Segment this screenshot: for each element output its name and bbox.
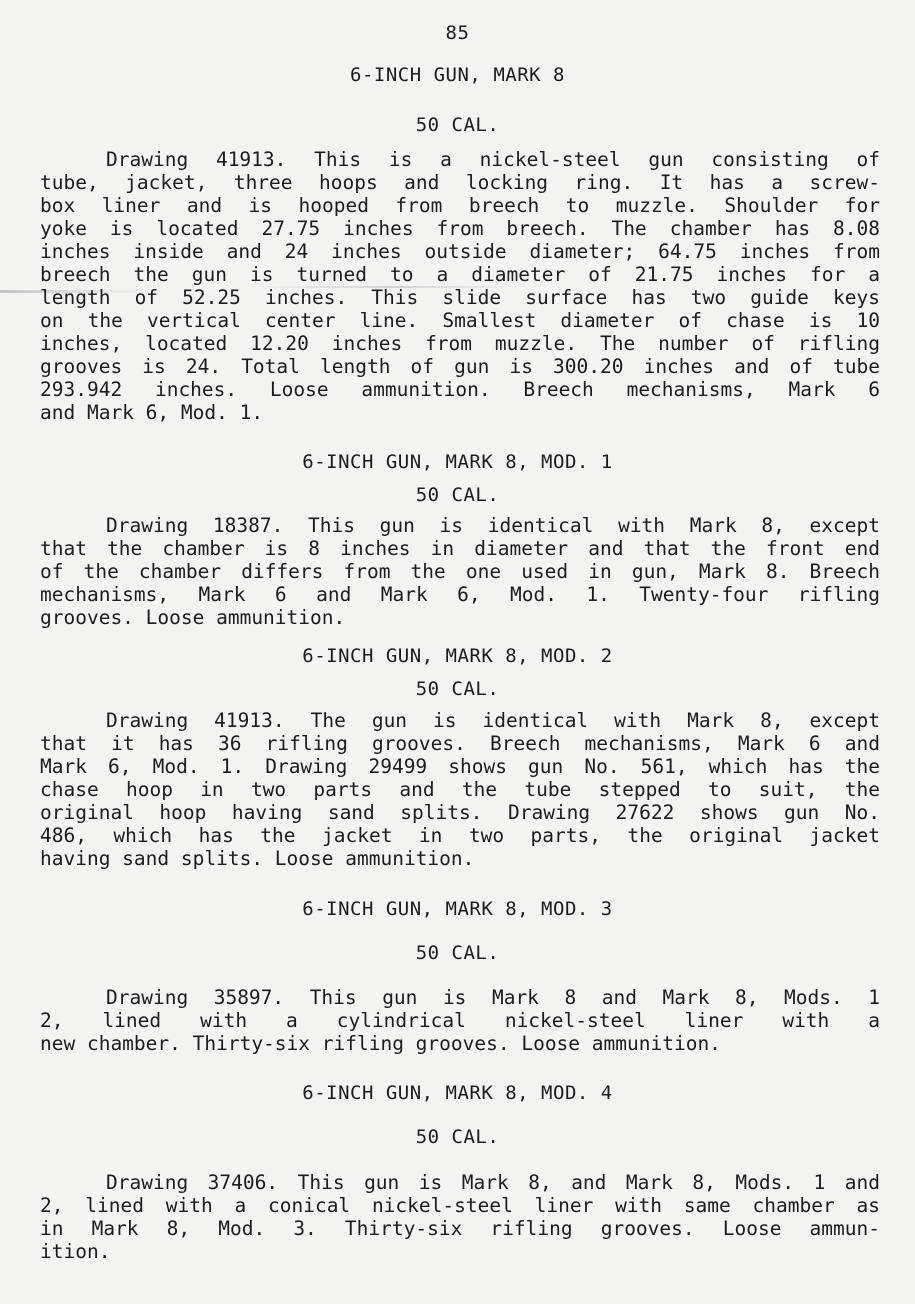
paragraph-line: inches inside and 24 inches outside diam… xyxy=(40,240,880,264)
paragraph-line: Drawing 41913. This is a nickel-steel gu… xyxy=(40,148,880,172)
section-title: 6-INCH GUN, MARK 8, MOD. 2 xyxy=(0,645,915,667)
paragraph-line: 2, lined with a conical nickel-steel lin… xyxy=(40,1194,880,1218)
paragraph-line: original hoop having sand splits. Drawin… xyxy=(40,801,880,825)
caliber-heading: 50 CAL. xyxy=(0,484,915,506)
paragraph-line: ition. xyxy=(40,1240,880,1264)
paragraph-line: and Mark 6, Mod. 1. xyxy=(40,401,880,425)
paragraph-line: of the chamber differs from the one used… xyxy=(40,560,880,584)
paragraph-line: new chamber. Thirty-six rifling grooves.… xyxy=(40,1032,880,1056)
section-title: 6-INCH GUN, MARK 8, MOD. 4 xyxy=(0,1082,915,1104)
paragraph-line: length of 52.25 inches. This slide surfa… xyxy=(40,286,880,310)
paragraph-line: inches, located 12.20 inches from muzzle… xyxy=(40,332,880,356)
caliber-heading: 50 CAL. xyxy=(0,114,915,136)
paragraph-line: 486, which has the jacket in two parts, … xyxy=(40,824,880,848)
paragraph-line: 2, lined with a cylindrical nickel-steel… xyxy=(40,1009,880,1033)
paragraph-line: in Mark 8, Mod. 3. Thirty-six rifling gr… xyxy=(40,1217,880,1241)
paragraph-line: grooves is 24. Total length of gun is 30… xyxy=(40,355,880,379)
paragraph-line: box liner and is hooped from breech to m… xyxy=(40,194,880,218)
section-title: 6-INCH GUN, MARK 8, MOD. 3 xyxy=(0,898,915,920)
page-number: 85 xyxy=(0,22,915,44)
paragraph-line: that it has 36 rifling grooves. Breech m… xyxy=(40,732,880,756)
paragraph-line: yoke is located 27.75 inches from breech… xyxy=(40,217,880,241)
document-page: 85 6-INCH GUN, MARK 8 50 CAL. Drawing 41… xyxy=(0,0,915,1304)
paragraph-line: having sand splits. Loose ammunition. xyxy=(40,847,880,871)
paragraph-line: grooves. Loose ammunition. xyxy=(40,606,880,630)
caliber-heading: 50 CAL. xyxy=(0,942,915,964)
caliber-heading: 50 CAL. xyxy=(0,678,915,700)
paragraph-line: tube, jacket, three hoops and locking ri… xyxy=(40,171,880,195)
paragraph-line: Drawing 18387. This gun is identical wit… xyxy=(40,514,880,538)
paragraph-line: on the vertical center line. Smallest di… xyxy=(40,309,880,333)
caliber-heading: 50 CAL. xyxy=(0,1126,915,1148)
section-title: 6-INCH GUN, MARK 8, MOD. 1 xyxy=(0,451,915,473)
paragraph-line: Drawing 41913. The gun is identical with… xyxy=(40,709,880,733)
paragraph-line: Mark 6, Mod. 1. Drawing 29499 shows gun … xyxy=(40,755,880,779)
paragraph-line: chase hoop in two parts and the tube ste… xyxy=(40,778,880,802)
paragraph-line: mechanisms, Mark 6 and Mark 6, Mod. 1. T… xyxy=(40,583,880,607)
paragraph-line: 293.942 inches. Loose ammunition. Breech… xyxy=(40,378,880,402)
paragraph-line: Drawing 37406. This gun is Mark 8, and M… xyxy=(40,1171,880,1195)
paragraph-line: Drawing 35897. This gun is Mark 8 and Ma… xyxy=(40,986,880,1010)
paragraph-line: breech the gun is turned to a diameter o… xyxy=(40,263,880,287)
section-title: 6-INCH GUN, MARK 8 xyxy=(0,64,915,86)
paragraph-line: that the chamber is 8 inches in diameter… xyxy=(40,537,880,561)
